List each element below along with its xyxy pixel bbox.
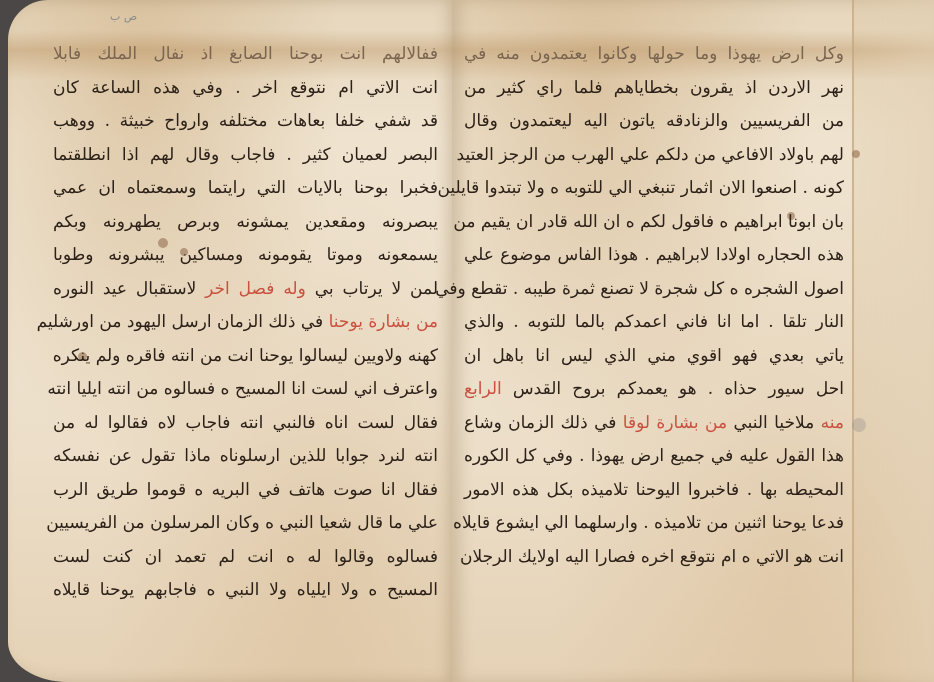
body-text: نهر الاردن اذ يقرون بخطاياهم فلما راي كث… [464, 78, 844, 98]
manuscript-line: قد شفي خلفا بعاهات مختلفه وارواح خبيثة .… [53, 105, 438, 139]
manuscript-line: المحيطه بها . فاخبروا اليوحنا تلاميذه بك… [464, 474, 844, 508]
body-text: هذه الحجاره اولادا لابراهيم . هوذا الفاس… [464, 245, 844, 265]
manuscript-line: من الفريسيين والزنادقه ياتون اليه ليعتمد… [464, 105, 844, 139]
body-text: ففالالهم انت بوحنا الصابغ اذ نفال الملك … [53, 44, 438, 64]
body-text: لاستقبال عيد النوره [53, 279, 196, 299]
body-text: فدعا يوحنا اثنين من تلاميذه . وارسلهما ا… [453, 513, 844, 533]
manuscript-line: كونه . اصنعوا الان اثمار تنبغي الي للتوب… [464, 172, 844, 206]
body-text: كهنه ولاويين ليسالوا يوحنا انت من انته ف… [53, 346, 438, 366]
manuscript-line: ياتي بعدي فهو اقوي مني الذي ليس انا باهل… [464, 340, 844, 374]
manuscript-line: المسيح ه ولا ايلياه ولا النبي ه فاجابهم … [53, 574, 438, 608]
manuscript-line: هذا القول عليه في جميع ارض يهوذا . وفي ك… [464, 440, 844, 474]
body-text: لهم باولاد الافاعي من دلكم علي الهرب من … [457, 145, 844, 165]
manuscript-line: بان ابونا ابراهيم ه فاقول لكم ه ان الله … [464, 206, 844, 240]
body-text: اصول الشجره ه كل شجرة لا تصنع ثمرة طيبه … [435, 279, 844, 299]
manuscript-line: وكل ارض يهوذا وما حولها وكانوا يعتمدون م… [464, 38, 844, 72]
body-text: علي ما قال شعيا النبي ه وكان المرسلون من… [46, 513, 438, 533]
manuscript-line: فدعا يوحنا اثنين من تلاميذه . وارسلهما ا… [464, 507, 844, 541]
manuscript-line: لمن لا يرتاب بي وله فصل اخر لاستقبال عيد… [53, 273, 438, 307]
manuscript-line: اصول الشجره ه كل شجرة لا تصنع ثمرة طيبه … [464, 273, 844, 307]
manuscript-line: علي ما قال شعيا النبي ه وكان المرسلون من… [53, 507, 438, 541]
body-text: فخبرا بوحنا بالايات التي رايتما وسمعتماه… [53, 178, 438, 198]
folio-pencil-mark: ص ب [110, 10, 137, 23]
rubric-text: وله فصل اخر [196, 279, 306, 299]
body-text: بان ابونا ابراهيم ه فاقول لكم ه ان الله … [453, 212, 844, 232]
body-text: فقال انا صوت هاتف في البريه ه قوموا طريق… [53, 480, 438, 500]
body-text: انت الاتي ام نتوقع اخر . وفي هذه الساعة … [53, 78, 438, 98]
manuscript-line: انت الاتي ام نتوقع اخر . وفي هذه الساعة … [53, 72, 438, 106]
ink-spot [852, 150, 860, 158]
manuscript-line: هذه الحجاره اولادا لابراهيم . هوذا الفاس… [464, 239, 844, 273]
left-page-text: ففالالهم انت بوحنا الصابغ اذ نفال الملك … [53, 38, 438, 608]
rubric-text: منه [814, 413, 844, 433]
body-text: فقال لست اناه فالنبي انته فاجاب لاه فقال… [53, 413, 438, 433]
body-text: قد شفي خلفا بعاهات مختلفه وارواح خبيثة .… [53, 111, 438, 131]
manuscript-line: يبصرونه ومقعدين يمشونه وبرص يطهرونه وبكم [53, 206, 438, 240]
manuscript-line: نهر الاردن اذ يقرون بخطاياهم فلما راي كث… [464, 72, 844, 106]
body-text: انته لنرد جوابا للذين ارسلوناه ماذا تقول… [53, 446, 438, 466]
manuscript-line: احل سيور حذاه . هو يعمدكم بروح القدس الر… [464, 373, 844, 407]
manuscript-line: انت هو الاتي ه ام نتوقع اخره فصارا اليه … [464, 541, 844, 575]
body-text: ياتي بعدي فهو اقوي مني الذي ليس انا باهل… [464, 346, 844, 366]
manuscript-line: فقال انا صوت هاتف في البريه ه قوموا طريق… [53, 474, 438, 508]
body-text: البصر لعميان كثير . فاجاب وقال لهم اذا ا… [53, 145, 438, 165]
body-text: من الفريسيين والزنادقه ياتون اليه ليعتمد… [464, 111, 844, 131]
body-text: المحيطه بها . فاخبروا اليوحنا تلاميذه بك… [464, 480, 844, 500]
rubric-text: من بشارة لوقا [616, 413, 727, 433]
body-text: في ذلك الزمان وشاع [464, 413, 616, 433]
body-text: النار تلقا . اما انا فاني اعمدكم بالما ل… [464, 312, 844, 332]
manuscript-right-page: وكل ارض يهوذا وما حولها وكانوا يعتمدون م… [452, 0, 934, 682]
manuscript-line: كهنه ولاويين ليسالوا يوحنا انت من انته ف… [53, 340, 438, 374]
body-text: المسيح ه ولا ايلياه ولا النبي ه فاجابهم … [53, 580, 438, 600]
body-text: يسمعونه وموتا يقومونه ومساكين يبشرونه وط… [53, 245, 438, 265]
body-text: فسالوه وقالوا له ه انت لم تعمد ان كنت لس… [53, 547, 438, 567]
manuscript-line: فسالوه وقالوا له ه انت لم تعمد ان كنت لس… [53, 541, 438, 575]
manuscript-line: ففالالهم انت بوحنا الصابغ اذ نفال الملك … [53, 38, 438, 72]
body-text: لمن لا يرتاب بي [306, 279, 438, 299]
manuscript-line: يسمعونه وموتا يقومونه ومساكين يبشرونه وط… [53, 239, 438, 273]
body-text: احل سيور حذاه . هو يعمدكم بروح القدس [502, 379, 844, 399]
manuscript-line: لهم باولاد الافاعي من دلكم علي الهرب من … [464, 139, 844, 173]
manuscript-line: فخبرا بوحنا بالايات التي رايتما وسمعتماه… [53, 172, 438, 206]
manuscript-line: منه ملاخيا النبي من بشارة لوقا في ذلك ال… [464, 407, 844, 441]
stain-spot [852, 418, 866, 432]
body-text: واعترف اني لست انا المسيح ه فسالوه من ان… [47, 379, 438, 399]
body-text: انت هو الاتي ه ام نتوقع اخره فصارا اليه … [460, 547, 844, 567]
manuscript-line: واعترف اني لست انا المسيح ه فسالوه من ان… [53, 373, 438, 407]
body-text: هذا القول عليه في جميع ارض يهوذا . وفي ك… [464, 446, 844, 466]
manuscript-line: من بشارة يوحنا في ذلك الزمان ارسل اليهود… [53, 306, 438, 340]
rubric-text: من بشارة يوحنا [323, 312, 438, 332]
manuscript-left-page: ص ب ففالالهم انت بوحنا الصابغ اذ نفال ال… [8, 0, 456, 682]
body-text: ملاخيا النبي [727, 413, 814, 433]
body-text: وكل ارض يهوذا وما حولها وكانوا يعتمدون م… [464, 44, 844, 64]
manuscript-line: النار تلقا . اما انا فاني اعمدكم بالما ل… [464, 306, 844, 340]
body-text: يبصرونه ومقعدين يمشونه وبرص يطهرونه وبكم [53, 212, 438, 232]
page-edges [852, 0, 934, 682]
manuscript-line: انته لنرد جوابا للذين ارسلوناه ماذا تقول… [53, 440, 438, 474]
manuscript-line: فقال لست اناه فالنبي انته فاجاب لاه فقال… [53, 407, 438, 441]
manuscript-line: البصر لعميان كثير . فاجاب وقال لهم اذا ا… [53, 139, 438, 173]
body-text: في ذلك الزمان ارسل اليهود من اورشليم [37, 312, 324, 332]
body-text: كونه . اصنعوا الان اثمار تنبغي الي للتوب… [437, 178, 844, 198]
right-page-text: وكل ارض يهوذا وما حولها وكانوا يعتمدون م… [464, 38, 844, 574]
rubric-text: الرابع [464, 379, 502, 399]
